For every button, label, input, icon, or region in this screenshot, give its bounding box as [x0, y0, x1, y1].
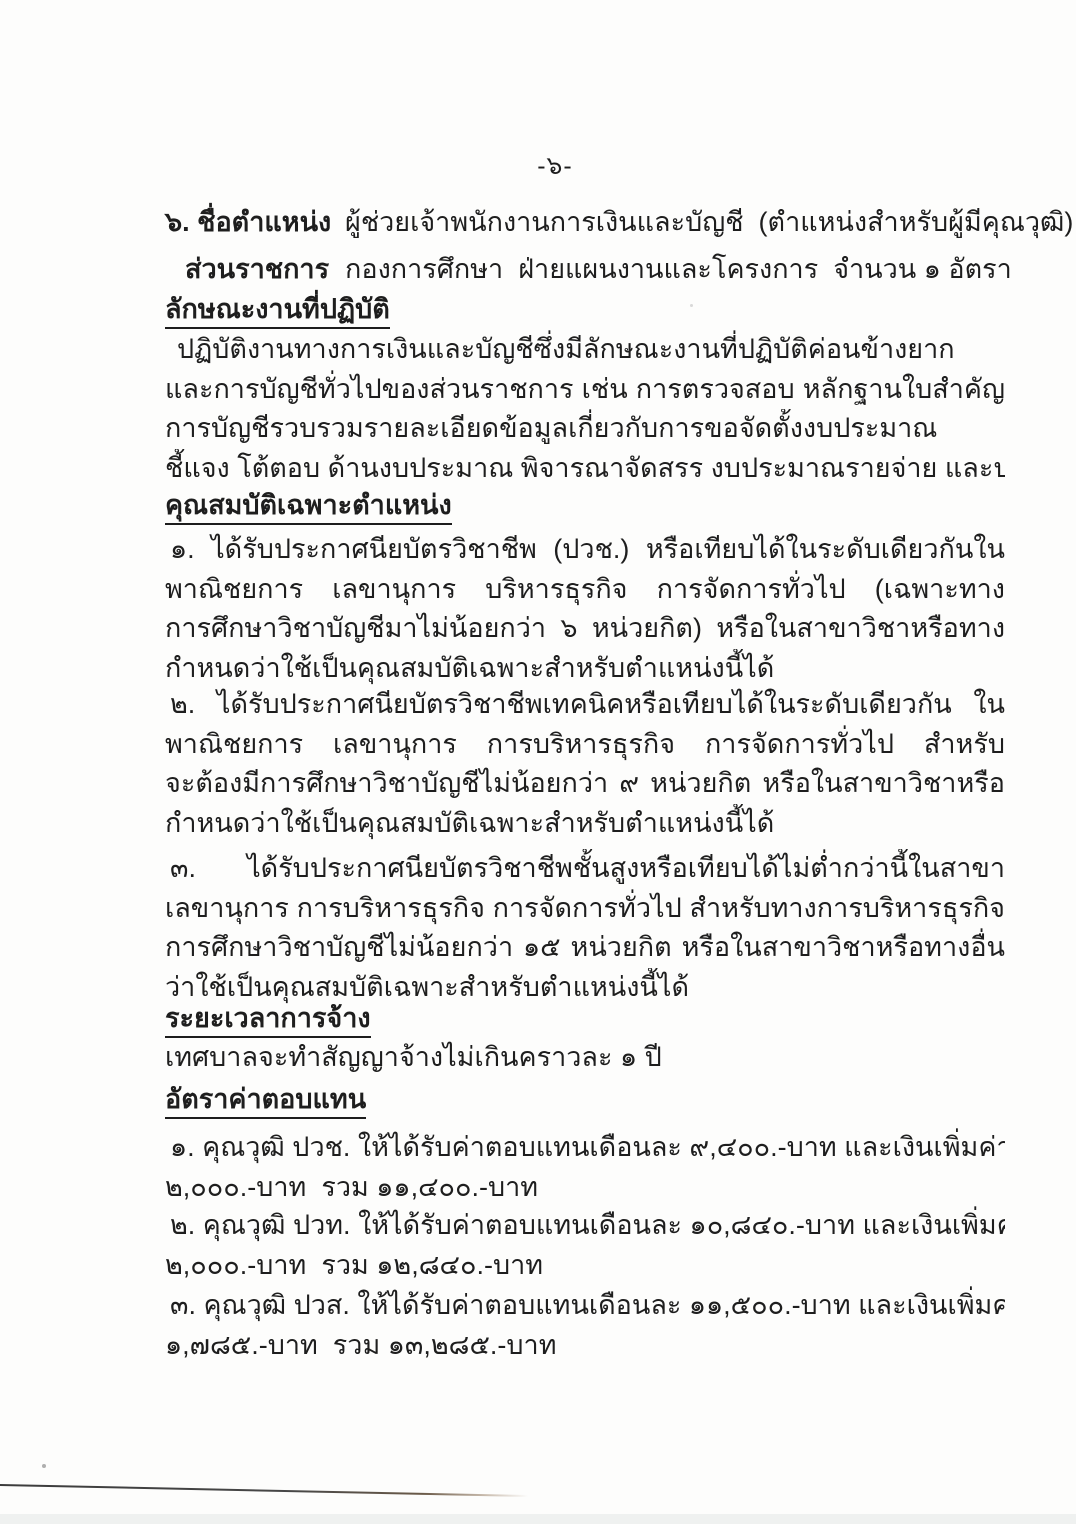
scan-crease-line	[0, 1484, 528, 1497]
compensation-heading-text: อัตราค่าตอบแทน	[165, 1082, 366, 1119]
compensation-heading: อัตราค่าตอบแทน	[165, 1078, 1005, 1120]
duties-heading-text: ลักษณะงานที่ปฏิบัติ	[165, 292, 390, 329]
employment-paragraph: เทศบาลจะทำสัญญาจ้างไม่เกินคราวละ ๑ ปี	[165, 1038, 1005, 1078]
department-label: ส่วนราชการ	[165, 249, 345, 289]
qualification-line: พาณิชยการ เลขานุการ บริหารธุรกิจ การจัดก…	[165, 570, 1005, 610]
qualification-line: ๓. ได้รับประกาศนียบัตรวิชาชีพชั้นสูงหรือ…	[165, 849, 1005, 889]
qualification-line: กำหนดว่าใช้เป็นคุณสมบัติเฉพาะสำหรับตำแหน…	[165, 649, 1005, 689]
compensation-line: ๑,๗๘๕.-บาท รวม ๑๓,๒๘๕.-บาท	[165, 1326, 1005, 1366]
scan-speck	[690, 304, 693, 307]
duties-line: การบัญชีรวบรวมรายละเอียดข้อมูลเกี่ยวกับก…	[165, 409, 1005, 449]
position-value: ผู้ช่วยเจ้าพนักงานการเงินและบัญชี (ตำแหน…	[345, 202, 1073, 242]
qualifications-heading-text: คุณสมบัติเฉพาะตำแหน่ง	[165, 488, 452, 525]
employment-line: เทศบาลจะทำสัญญาจ้างไม่เกินคราวละ ๑ ปี	[165, 1038, 1005, 1078]
department-value: กองการศึกษา ฝ่ายแผนงานและโครงการ จำนวน ๑…	[345, 249, 1012, 289]
page-number: -๖-	[0, 146, 1076, 186]
duties-line: ปฏิบัติงานทางการเงินและบัญชีซึ่งมีลักษณะ…	[165, 330, 1005, 370]
scan-speck	[42, 1464, 46, 1468]
qualification-item-3: ๓. ได้รับประกาศนียบัตรวิชาชีพชั้นสูงหรือ…	[165, 849, 1005, 1007]
qualification-line: กำหนดว่าใช้เป็นคุณสมบัติเฉพาะสำหรับตำแหน…	[165, 804, 1005, 844]
qualification-line: จะต้องมีการศึกษาวิชาบัญชีไม่น้อยกว่า ๙ ห…	[165, 764, 1005, 804]
compensation-line: ๑. คุณวุฒิ ปวช. ให้ได้รับค่าตอบแทนเดือนล…	[165, 1128, 1005, 1168]
compensation-line: ๓. คุณวุฒิ ปวส. ให้ได้รับค่าตอบแทนเดือนล…	[165, 1286, 1005, 1326]
duties-line: และการบัญชีทั่วไปของส่วนราชการ เช่น การต…	[165, 370, 1005, 410]
compensation-item-2: ๒. คุณวุฒิ ปวท. ให้ได้รับค่าตอบแทนเดือนล…	[165, 1206, 1005, 1285]
qualification-line: ๑. ได้รับประกาศนียบัตรวิชาชีพ (ปวช.) หรื…	[165, 530, 1005, 570]
scan-bottom-edge	[0, 1514, 1076, 1524]
compensation-line: ๒,๐๐๐.-บาท รวม ๑๑,๔๐๐.-บาท	[165, 1168, 1005, 1208]
compensation-line: ๒. คุณวุฒิ ปวท. ให้ได้รับค่าตอบแทนเดือนล…	[165, 1206, 1005, 1246]
qualification-line: การศึกษาวิชาบัญชีไม่น้อยกว่า ๑๕ หน่วยกิต…	[165, 928, 1005, 968]
qualification-line: เลขานุการ การบริหารธุรกิจ การจัดการทั่วไ…	[165, 889, 1005, 929]
qualification-item-1: ๑. ได้รับประกาศนียบัตรวิชาชีพ (ปวช.) หรื…	[165, 530, 1005, 688]
compensation-item-1: ๑. คุณวุฒิ ปวช. ให้ได้รับค่าตอบแทนเดือนล…	[165, 1128, 1005, 1207]
position-row: ๖. ชื่อตำแหน่ง ผู้ช่วยเจ้าพนักงานการเงิน…	[165, 202, 1005, 242]
qualification-line: ๒. ได้รับประกาศนียบัตรวิชาชีพเทคนิคหรือเ…	[165, 685, 1005, 725]
qualification-item-2: ๒. ได้รับประกาศนียบัตรวิชาชีพเทคนิคหรือเ…	[165, 685, 1005, 843]
qualification-line: การศึกษาวิชาบัญชีมาไม่น้อยกว่า ๖ หน่วยกิ…	[165, 609, 1005, 649]
employment-heading: ระยะเวลาการจ้าง	[165, 997, 1005, 1039]
scanned-document-page: -๖- ๖. ชื่อตำแหน่ง ผู้ช่วยเจ้าพนักงานการ…	[0, 0, 1076, 1524]
compensation-line: ๒,๐๐๐.-บาท รวม ๑๒,๘๔๐.-บาท	[165, 1246, 1005, 1286]
duties-heading: ลักษณะงานที่ปฏิบัติ	[165, 288, 1005, 330]
duties-paragraph: ปฏิบัติงานทางการเงินและบัญชีซึ่งมีลักษณะ…	[165, 330, 1005, 488]
employment-heading-text: ระยะเวลาการจ้าง	[165, 1001, 371, 1038]
position-label: ๖. ชื่อตำแหน่ง	[165, 202, 345, 242]
qualifications-heading: คุณสมบัติเฉพาะตำแหน่ง	[165, 484, 1005, 526]
qualification-line: พาณิชยการ เลขานุการ การบริหารธุรกิจ การจ…	[165, 725, 1005, 765]
department-row: ส่วนราชการ กองการศึกษา ฝ่ายแผนงานและโครง…	[165, 249, 1005, 289]
duties-line: ชี้แจง โต้ตอบ ด้านงบประมาณ พิจารณาจัดสรร…	[165, 449, 1005, 489]
compensation-item-3: ๓. คุณวุฒิ ปวส. ให้ได้รับค่าตอบแทนเดือนล…	[165, 1286, 1005, 1365]
